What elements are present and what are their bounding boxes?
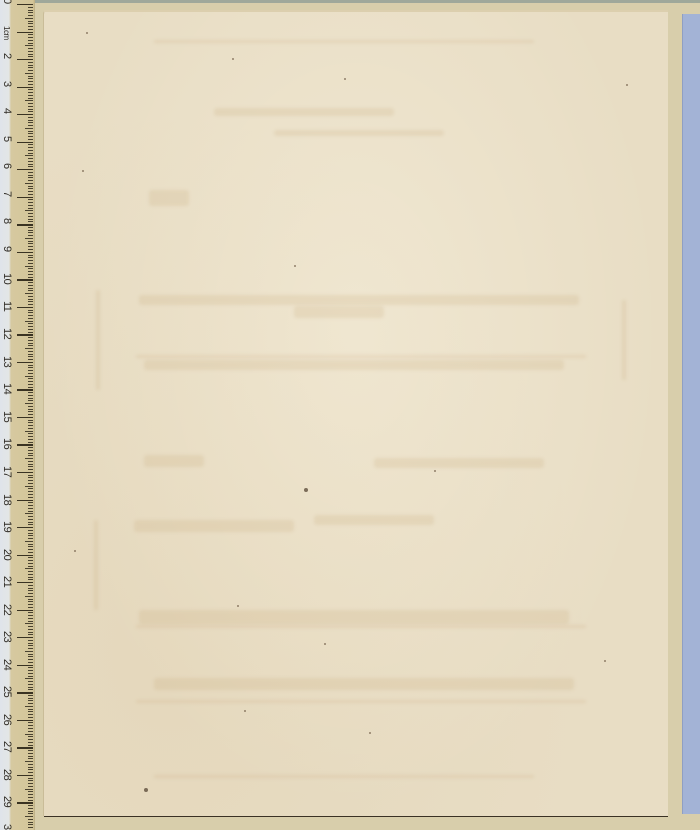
- ruler-tick: [17, 720, 33, 721]
- ruler-tick: [28, 180, 33, 181]
- ruler-tick: [28, 54, 33, 55]
- bleed-through-mark: [214, 108, 394, 116]
- ruler-tick: [28, 533, 33, 534]
- ruler-tick: [17, 307, 33, 308]
- ruler-tick: [28, 563, 33, 564]
- ruler-tick: [28, 753, 33, 754]
- bleed-through-mark: [314, 515, 434, 525]
- bleed-through-mark: [144, 360, 564, 370]
- ruler-tick: [28, 588, 33, 589]
- ruler-tick: [28, 37, 33, 38]
- ruler-tick: [28, 84, 33, 85]
- ruler-tick: [28, 158, 33, 159]
- ruler-tick: [28, 299, 33, 300]
- ruler-tick: [28, 475, 33, 476]
- ruler-tick: [28, 411, 33, 412]
- ruler-tick: [28, 150, 33, 151]
- ruler-tick: [28, 136, 33, 137]
- ruler-tick: [28, 109, 33, 110]
- ruler-tick: [17, 142, 33, 143]
- bleed-through-mark: [136, 355, 586, 358]
- ruler-tick: [28, 455, 33, 456]
- ruler-tick: [28, 585, 33, 586]
- ruler-tick: [28, 213, 33, 214]
- ruler-tick: [28, 676, 33, 677]
- ruler-tick: [17, 775, 33, 776]
- ruler-tick: [17, 59, 33, 60]
- ruler-tick: [28, 51, 33, 52]
- ruler-tick: [28, 343, 33, 344]
- ruler-tick: [28, 232, 33, 233]
- ruler-tick: [28, 643, 33, 644]
- ruler-tick: [25, 376, 33, 377]
- ruler-tick: [28, 480, 33, 481]
- scanner-top-edge: [34, 0, 700, 3]
- ruler-tick: [28, 285, 33, 286]
- ruler-tick: [28, 725, 33, 726]
- ruler-tick: [28, 400, 33, 401]
- ruler-tick: [28, 208, 33, 209]
- ruler-tick: [28, 819, 33, 820]
- paper-speck: [304, 488, 308, 492]
- ruler-tick: [28, 161, 33, 162]
- ruler-tick: [28, 717, 33, 718]
- paper-speck: [324, 643, 326, 645]
- ruler-tick: [28, 461, 33, 462]
- ruler-tick: [28, 450, 33, 451]
- ruler-tick: [17, 500, 33, 501]
- ruler-tick: [28, 687, 33, 688]
- ruler-tick: [28, 282, 33, 283]
- ruler-tick: [28, 709, 33, 710]
- ruler-tick: [28, 172, 33, 173]
- ruler-tick: [28, 144, 33, 145]
- ruler-tick: [28, 667, 33, 668]
- ruler-tick: [28, 800, 33, 801]
- ruler-tick: [28, 466, 33, 467]
- ruler-tick: [28, 409, 33, 410]
- ruler-tick: [28, 188, 33, 189]
- ruler-tick: [28, 577, 33, 578]
- ruler-tick: [28, 56, 33, 57]
- ruler-tick: [28, 318, 33, 319]
- ruler-tick: [28, 494, 33, 495]
- ruler-tick: [28, 243, 33, 244]
- ruler-tick: [17, 224, 33, 225]
- ruler-tick: [28, 122, 33, 123]
- ruler-tick: [28, 268, 33, 269]
- ruler-tick: [25, 706, 33, 707]
- ruler-tick: [17, 555, 33, 556]
- ruler-tick: [28, 249, 33, 250]
- ruler-tick: [17, 444, 33, 445]
- ruler-tick: [28, 549, 33, 550]
- ruler-tick: [28, 387, 33, 388]
- ruler-tick: [28, 615, 33, 616]
- ruler-tick: [28, 425, 33, 426]
- ruler-tick: [25, 486, 33, 487]
- bleed-through-mark: [154, 678, 574, 690]
- ruler-tick: [28, 117, 33, 118]
- ruler-number: 12: [1, 328, 12, 340]
- paper-speck: [434, 470, 436, 472]
- ruler-tick: [28, 351, 33, 352]
- bleed-through-mark: [294, 306, 384, 318]
- ruler-tick: [28, 778, 33, 779]
- ruler-tick: [17, 527, 33, 528]
- paper-speck: [232, 58, 234, 60]
- ruler-tick: [28, 593, 33, 594]
- ruler-tick: [25, 513, 33, 514]
- ruler-tick: [28, 604, 33, 605]
- ruler-tick: [28, 783, 33, 784]
- paper-sheet: [44, 10, 668, 816]
- ruler-tick: [28, 695, 33, 696]
- bleed-through-mark: [94, 520, 98, 610]
- paper-speck: [369, 732, 371, 734]
- ruler-tick: [28, 524, 33, 525]
- ruler-tick: [25, 18, 33, 19]
- ruler-tick: [28, 131, 33, 132]
- ruler-tick: [25, 541, 33, 542]
- paper-speck: [82, 170, 84, 172]
- ruler-tick: [28, 571, 33, 572]
- ruler-tick: [17, 582, 33, 583]
- ruler-tick: [17, 362, 33, 363]
- ruler-tick: [28, 780, 33, 781]
- ruler-tick: [28, 654, 33, 655]
- ruler-number: 18: [1, 494, 12, 506]
- ruler-tick: [28, 632, 33, 633]
- ruler-tick: [28, 219, 33, 220]
- ruler-tick: [28, 700, 33, 701]
- ruler-tick: [28, 166, 33, 167]
- ruler-tick: [28, 640, 33, 641]
- ruler-tick: [28, 356, 33, 357]
- ruler-tick: [28, 805, 33, 806]
- bleed-through-mark: [136, 700, 586, 703]
- ruler-tick: [25, 183, 33, 184]
- ruler-tick: [17, 802, 33, 803]
- ruler-number: 30: [1, 824, 12, 830]
- ruler-tick: [28, 48, 33, 49]
- ruler-number: 29: [1, 796, 12, 808]
- ruler-tick: [28, 612, 33, 613]
- ruler-tick: [28, 23, 33, 24]
- ruler-tick: [28, 502, 33, 503]
- ruler-tick: [28, 422, 33, 423]
- ruler-tick: [28, 373, 33, 374]
- ruler-tick: [25, 789, 33, 790]
- centimeter-ruler: 01cm234567891011121314151617181920212223…: [0, 0, 35, 830]
- bleed-through-mark: [274, 130, 444, 136]
- ruler-tick: [28, 681, 33, 682]
- ruler-number: 8: [1, 218, 12, 230]
- ruler-tick: [28, 516, 33, 517]
- ruler-tick: [28, 535, 33, 536]
- ruler-tick: [28, 332, 33, 333]
- ruler-tick: [28, 822, 33, 823]
- ruler-tick: [28, 67, 33, 68]
- ruler-tick: [17, 334, 33, 335]
- ruler-tick: [17, 279, 33, 280]
- ruler-tick: [28, 557, 33, 558]
- ruler-tick: [28, 508, 33, 509]
- ruler-tick: [28, 326, 33, 327]
- ruler-tick: [25, 596, 33, 597]
- ruler-tick: [28, 673, 33, 674]
- ruler-tick: [28, 288, 33, 289]
- bleed-through-mark: [622, 300, 626, 380]
- ruler-tick: [17, 87, 33, 88]
- ruler-tick: [17, 32, 33, 33]
- ruler-tick: [28, 7, 33, 8]
- ruler-tick: [28, 78, 33, 79]
- ruler-number: 28: [1, 769, 12, 781]
- ruler-tick: [28, 194, 33, 195]
- ruler-tick: [28, 750, 33, 751]
- ruler-tick: [28, 436, 33, 437]
- ruler-tick: [28, 230, 33, 231]
- bleed-through-mark: [96, 290, 100, 390]
- ruler-number: 14: [1, 383, 12, 395]
- ruler-number: 4: [1, 108, 12, 120]
- ruler-tick: [28, 599, 33, 600]
- ruler-number: 26: [1, 714, 12, 726]
- ruler-number: 10: [1, 273, 12, 285]
- ruler-tick: [28, 464, 33, 465]
- ruler-tick: [28, 659, 33, 660]
- ruler-tick: [25, 403, 33, 404]
- ruler-tick: [28, 329, 33, 330]
- ruler-tick: [28, 296, 33, 297]
- ruler-tick: [28, 728, 33, 729]
- ruler-number: 15: [1, 411, 12, 423]
- ruler-tick: [28, 414, 33, 415]
- ruler-tick: [28, 491, 33, 492]
- ruler-tick: [28, 538, 33, 539]
- paper-speck: [244, 710, 246, 712]
- ruler-tick: [28, 786, 33, 787]
- ruler-tick: [17, 747, 33, 748]
- ruler-tick: [17, 252, 33, 253]
- ruler-tick: [28, 579, 33, 580]
- paper-speck: [604, 660, 606, 662]
- ruler-tick: [28, 191, 33, 192]
- ruler-tick: [28, 367, 33, 368]
- ruler-tick: [28, 703, 33, 704]
- ruler-tick: [28, 301, 33, 302]
- ruler-tick: [28, 767, 33, 768]
- ruler-tick: [28, 714, 33, 715]
- ruler-tick: [28, 797, 33, 798]
- ruler-tick: [28, 34, 33, 35]
- ruler-tick: [25, 100, 33, 101]
- ruler-tick: [28, 103, 33, 104]
- ruler-tick: [17, 637, 33, 638]
- ruler-tick: [28, 731, 33, 732]
- ruler-tick: [28, 304, 33, 305]
- ruler-tick: [28, 345, 33, 346]
- ruler-tick: [28, 791, 33, 792]
- ruler-tick: [28, 722, 33, 723]
- ruler-tick: [25, 651, 33, 652]
- ruler-tick: [28, 736, 33, 737]
- ruler-tick: [28, 392, 33, 393]
- ruler-tick: [28, 552, 33, 553]
- ruler-tick: [28, 453, 33, 454]
- ruler-tick: [28, 340, 33, 341]
- ruler-tick: [28, 398, 33, 399]
- ruler-tick: [28, 519, 33, 520]
- ruler-tick: [28, 271, 33, 272]
- ruler-tick: [28, 241, 33, 242]
- bleed-through-mark: [154, 775, 534, 778]
- ruler-tick: [28, 739, 33, 740]
- ruler-number: 2: [1, 53, 12, 65]
- ruler-number: 16: [1, 438, 12, 450]
- ruler-tick: [28, 70, 33, 71]
- ruler-tick: [28, 65, 33, 66]
- ruler-tick: [28, 175, 33, 176]
- ruler-tick: [28, 656, 33, 657]
- ruler-number: 17: [1, 466, 12, 478]
- ruler-number: 20: [1, 549, 12, 561]
- ruler-tick: [28, 827, 33, 828]
- ruler-tick: [17, 472, 33, 473]
- ruler-number: 7: [1, 191, 12, 203]
- ruler-tick: [28, 139, 33, 140]
- ruler-tick: [28, 15, 33, 16]
- ruler-tick: [28, 433, 33, 434]
- paper-speck: [237, 605, 239, 607]
- ruler-tick: [28, 260, 33, 261]
- ruler-tick: [25, 816, 33, 817]
- ruler-tick: [28, 26, 33, 27]
- ruler-tick: [28, 147, 33, 148]
- ruler-tick: [28, 511, 33, 512]
- ruler-tick: [28, 257, 33, 258]
- ruler-tick: [28, 21, 33, 22]
- ruler-tick: [17, 610, 33, 611]
- ruler-tick: [28, 634, 33, 635]
- ruler-tick: [28, 199, 33, 200]
- bleed-through-mark: [136, 625, 586, 628]
- ruler-tick: [28, 290, 33, 291]
- ruler-tick: [28, 813, 33, 814]
- ruler-tick: [25, 238, 33, 239]
- ruler-tick: [28, 216, 33, 217]
- ruler-tick: [28, 546, 33, 547]
- ruler-tick: [28, 337, 33, 338]
- ruler-tick: [28, 621, 33, 622]
- ruler-tick: [28, 227, 33, 228]
- ruler-tick: [28, 81, 33, 82]
- ruler-number: 1cm: [1, 26, 12, 38]
- ruler-tick: [25, 155, 33, 156]
- bleed-through-mark: [144, 455, 204, 467]
- ruler-tick: [28, 310, 33, 311]
- ruler-tick: [25, 73, 33, 74]
- ruler-tick: [28, 10, 33, 11]
- bleed-through-mark: [154, 40, 534, 43]
- ruler-number: 22: [1, 604, 12, 616]
- ruler-tick: [28, 202, 33, 203]
- ruler-tick: [25, 348, 33, 349]
- ruler-tick: [28, 530, 33, 531]
- ruler-tick: [28, 772, 33, 773]
- ruler-number: 3: [1, 81, 12, 93]
- ruler-tick: [28, 477, 33, 478]
- bleed-through-mark: [139, 610, 569, 624]
- ruler-tick: [28, 98, 33, 99]
- ruler-number: 5: [1, 136, 12, 148]
- ruler-number: 11: [1, 301, 12, 313]
- ruler-tick: [28, 522, 33, 523]
- ruler-tick: [28, 488, 33, 489]
- ruler-tick: [28, 618, 33, 619]
- ruler-tick: [28, 359, 33, 360]
- ruler-tick: [28, 745, 33, 746]
- paper-speck: [74, 550, 76, 552]
- ruler-tick: [28, 574, 33, 575]
- ruler-tick: [28, 312, 33, 313]
- ruler-tick: [28, 43, 33, 44]
- ruler-tick: [28, 742, 33, 743]
- ruler-tick: [28, 205, 33, 206]
- bleed-through-mark: [374, 458, 544, 468]
- ruler-tick: [25, 678, 33, 679]
- ruler-number: 0: [1, 0, 12, 10]
- ruler-tick: [28, 323, 33, 324]
- ruler-tick: [28, 428, 33, 429]
- ruler-tick: [28, 670, 33, 671]
- ruler-tick: [25, 128, 33, 129]
- ruler-tick: [28, 153, 33, 154]
- paper-speck: [86, 32, 88, 34]
- ruler-tick: [17, 692, 33, 693]
- ruler-tick: [25, 266, 33, 267]
- ruler-tick: [28, 505, 33, 506]
- ruler-tick: [28, 365, 33, 366]
- ruler-tick: [28, 560, 33, 561]
- ruler-tick: [28, 711, 33, 712]
- bleed-through-mark: [149, 190, 189, 206]
- ruler-tick: [28, 439, 33, 440]
- ruler-tick: [28, 447, 33, 448]
- ruler-tick: [25, 321, 33, 322]
- ruler-tick: [28, 164, 33, 165]
- ruler-tick: [28, 277, 33, 278]
- ruler-tick: [28, 255, 33, 256]
- ruler-tick: [25, 45, 33, 46]
- ruler-tick: [28, 689, 33, 690]
- paper-speck: [344, 78, 346, 80]
- paper-top-edge: [44, 10, 668, 12]
- ruler-tick: [28, 590, 33, 591]
- ruler-tick: [25, 761, 33, 762]
- ruler-tick: [28, 645, 33, 646]
- ruler-tick: [28, 370, 33, 371]
- ruler-tick: [28, 698, 33, 699]
- ruler-tick: [28, 111, 33, 112]
- ruler-tick: [25, 293, 33, 294]
- ruler-number: 24: [1, 659, 12, 671]
- ruler-tick: [25, 458, 33, 459]
- ruler-tick: [28, 764, 33, 765]
- paper-speck: [294, 265, 296, 267]
- paper-speck: [144, 788, 148, 792]
